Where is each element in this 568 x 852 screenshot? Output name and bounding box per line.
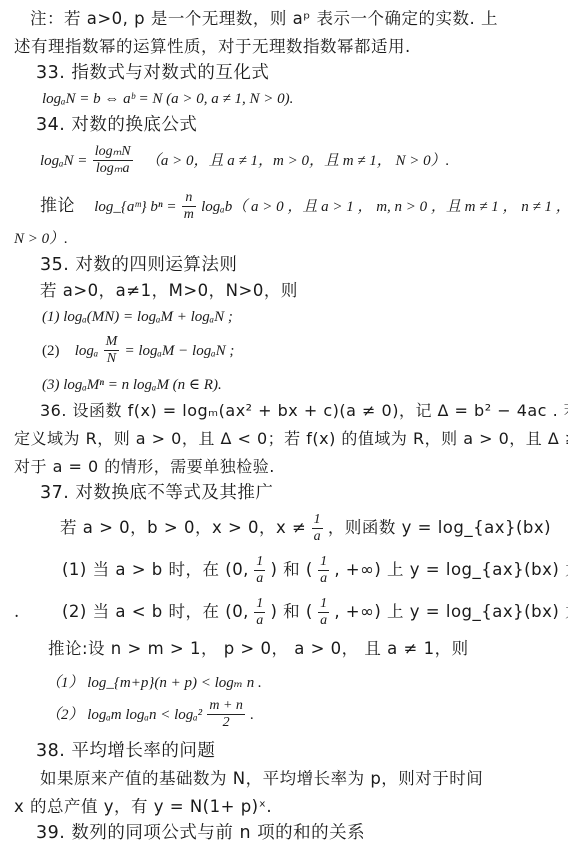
- section-37-case-1: (1) 当 a > b 时，在 (0, 1a ) 和 ( 1a , +∞) 上 …: [62, 550, 568, 590]
- section-36-line-1: 36. 设函数 f(x) = logₘ(ax² + bx + c)(a ≠ 0)…: [40, 400, 568, 422]
- note-line-2: 述有理指数幂的运算性质，对于无理数指数幂都适用.: [14, 36, 411, 58]
- section-36-line-3: 对于 a = 0 的情形，需要单独检验.: [14, 456, 275, 478]
- stray-dot: .: [14, 592, 19, 632]
- section-37-corollary: 推论:设 n > m > 1， p > 0， a > 0， 且 a ≠ 1，则: [48, 638, 469, 660]
- formula-conditions: （a > 0，且 a ≠ 1，m > 0，且 m ≠ 1， N > 0）.: [146, 153, 450, 169]
- corollary-37-2: （2） logₐm logₐn < logₐ² m + n 2 .: [46, 694, 254, 734]
- section-39-title: 39. 数列的同项公式与前 n 项的和的关系: [36, 822, 365, 844]
- section-37-title: 37. 对数换底不等式及其推广: [40, 482, 273, 504]
- log-rule-2: (2) logₐ M N = logₐM − logₐN ;: [42, 330, 234, 370]
- note-line-1: 注：若 a>0, p 是一个无理数，则 aᵖ 表示一个确定的实数. 上: [30, 8, 498, 30]
- section-33-formula: logₐN = b ⇔ aᵇ = N (a > 0, a ≠ 1, N > 0)…: [42, 88, 293, 110]
- section-38-line-1: 如果原来产值的基础数为 N，平均增长率为 p，则对于时间: [40, 768, 483, 790]
- formula-lhs: logₐN =: [40, 153, 87, 169]
- section-33-title: 33. 指数式与对数式的互化式: [36, 62, 269, 84]
- section-35-title: 35. 对数的四则运算法则: [40, 254, 237, 276]
- section-38-line-2: x 的总产值 y，有 y = N(1+ p)ˣ.: [14, 796, 272, 818]
- section-38-title: 38. 平均增长率的问题: [36, 740, 215, 762]
- section-37-conditions: 若 a > 0，b > 0，x > 0，x ≠ 1 a ，则函数 y = log…: [60, 508, 551, 548]
- corollary-tail: N > 0）.: [14, 228, 68, 250]
- change-of-base-formula: logₐN = logₘN logₘa （a > 0，且 a ≠ 1，m > 0…: [40, 140, 449, 180]
- section-34-title: 34. 对数的换底公式: [36, 114, 197, 136]
- section-35-conditions: 若 a>0，a≠1，M>0，N>0，则: [40, 280, 298, 302]
- corollary-37-1: （1） log_{m+p}(n + p) < logₘ n .: [46, 672, 262, 694]
- corollary-fraction: n m: [182, 190, 196, 223]
- corollary-label: 推论: [40, 196, 75, 216]
- corollary-34: 推论 log_{aᵐ} bⁿ = n m logₐb（ a > 0 ，且 a >…: [40, 186, 568, 226]
- corollary-lhs: log_{aᵐ} bⁿ =: [94, 199, 176, 215]
- corollary-rhs: logₐb（ a > 0 ，且 a > 1 ， m, n > 0 ，且 m ≠ …: [201, 199, 568, 215]
- log-rule-3: (3) logₐMⁿ = n logₐM (n ∈ R).: [42, 374, 222, 396]
- section-37-case-2: (2) 当 a < b 时，在 (0, 1a ) 和 ( 1a , +∞) 上 …: [62, 592, 568, 632]
- formula-fraction: logₘN logₘa: [93, 144, 133, 177]
- log-rule-1: (1) logₐ(MN) = logₐM + logₐN ;: [42, 306, 233, 328]
- section-36-line-2: 定义域为 R，则 a > 0，且 Δ < 0；若 f(x) 的值域为 R，则 a…: [14, 428, 568, 450]
